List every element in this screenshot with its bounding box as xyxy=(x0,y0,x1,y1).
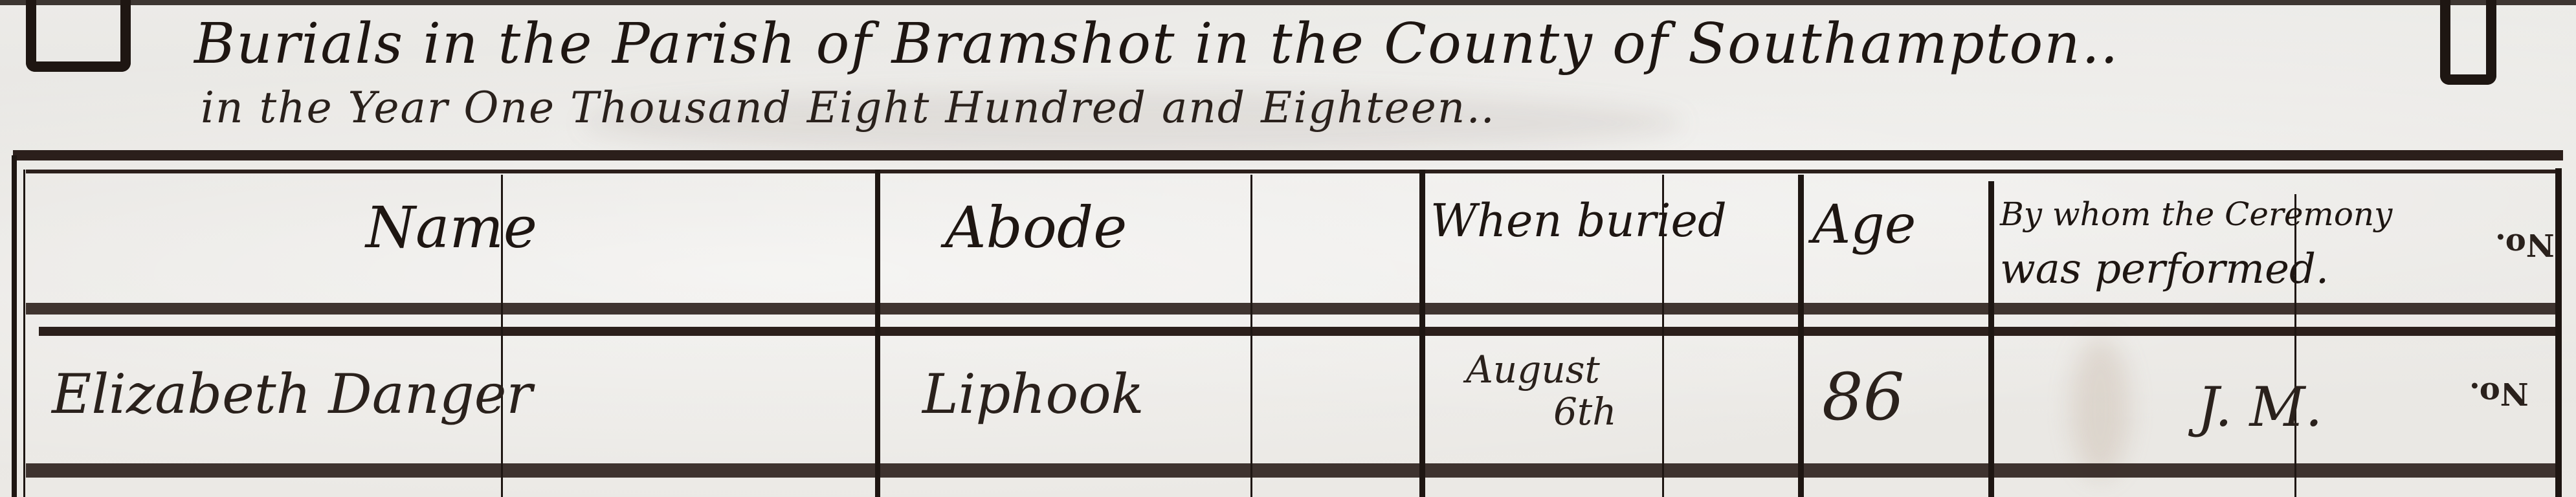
title-text-1: Burials in the Parish of Bramshot in the… xyxy=(194,12,2082,76)
table-top-rule-thick xyxy=(13,150,2563,160)
name-abode-divider xyxy=(875,170,880,497)
age-bywhom-divider xyxy=(1988,181,1994,497)
entry-number-stamp: No. xyxy=(2469,375,2529,412)
entry-name: Elizabeth Danger xyxy=(52,362,533,426)
when-age-divider xyxy=(1798,175,1804,497)
paper-stain xyxy=(2071,337,2129,479)
register-title-line-2: in the Year One Thousand Eight Hundred a… xyxy=(201,83,1496,133)
header-bottom-rule xyxy=(26,303,2557,315)
table-right-border xyxy=(2555,168,2562,497)
binding-hook-right xyxy=(2440,0,2496,85)
title-text-2: in the Year One Thousand Eight Hundred a… xyxy=(201,83,1466,133)
binding-hook-left xyxy=(26,0,131,72)
entry-abode: Liphook xyxy=(922,362,1144,426)
row-top-rule xyxy=(39,327,2557,336)
abode-when-divider xyxy=(1419,170,1425,497)
entry-burial-day: 6th xyxy=(1553,392,1617,432)
row-bottom-rule xyxy=(26,463,2557,478)
frame-top-bar xyxy=(0,0,2576,5)
column-header-abode: Abode xyxy=(945,194,1127,261)
abode-subdivider xyxy=(1250,175,1252,497)
column-header-when-buried: When buried xyxy=(1430,194,1727,247)
entry-age: 86 xyxy=(1822,359,1904,435)
bywhom-subdivider xyxy=(2294,194,2296,497)
table-top-rule-thin xyxy=(26,170,2557,173)
entry-burial-month: August xyxy=(1466,349,1600,390)
register-title-line-1: Burials in the Parish of Bramshot in the… xyxy=(194,12,2120,76)
column-header-age: Age xyxy=(1812,194,1916,256)
entry-number-stamp-header: No. xyxy=(2495,226,2555,263)
title-suffix-2: ‥ xyxy=(1466,83,1496,133)
column-header-by-whom-line-1: By whom the Ceremony xyxy=(2000,194,2392,234)
table-left-border-outer xyxy=(12,155,17,497)
entry-officiant-initials: J. M. xyxy=(2197,375,2322,439)
title-suffix-1: ‥ xyxy=(2082,12,2120,76)
column-header-by-whom-line-2: was performed. xyxy=(2000,249,2329,289)
table-left-border-inner xyxy=(23,170,25,497)
column-header-name: Name xyxy=(366,194,537,261)
